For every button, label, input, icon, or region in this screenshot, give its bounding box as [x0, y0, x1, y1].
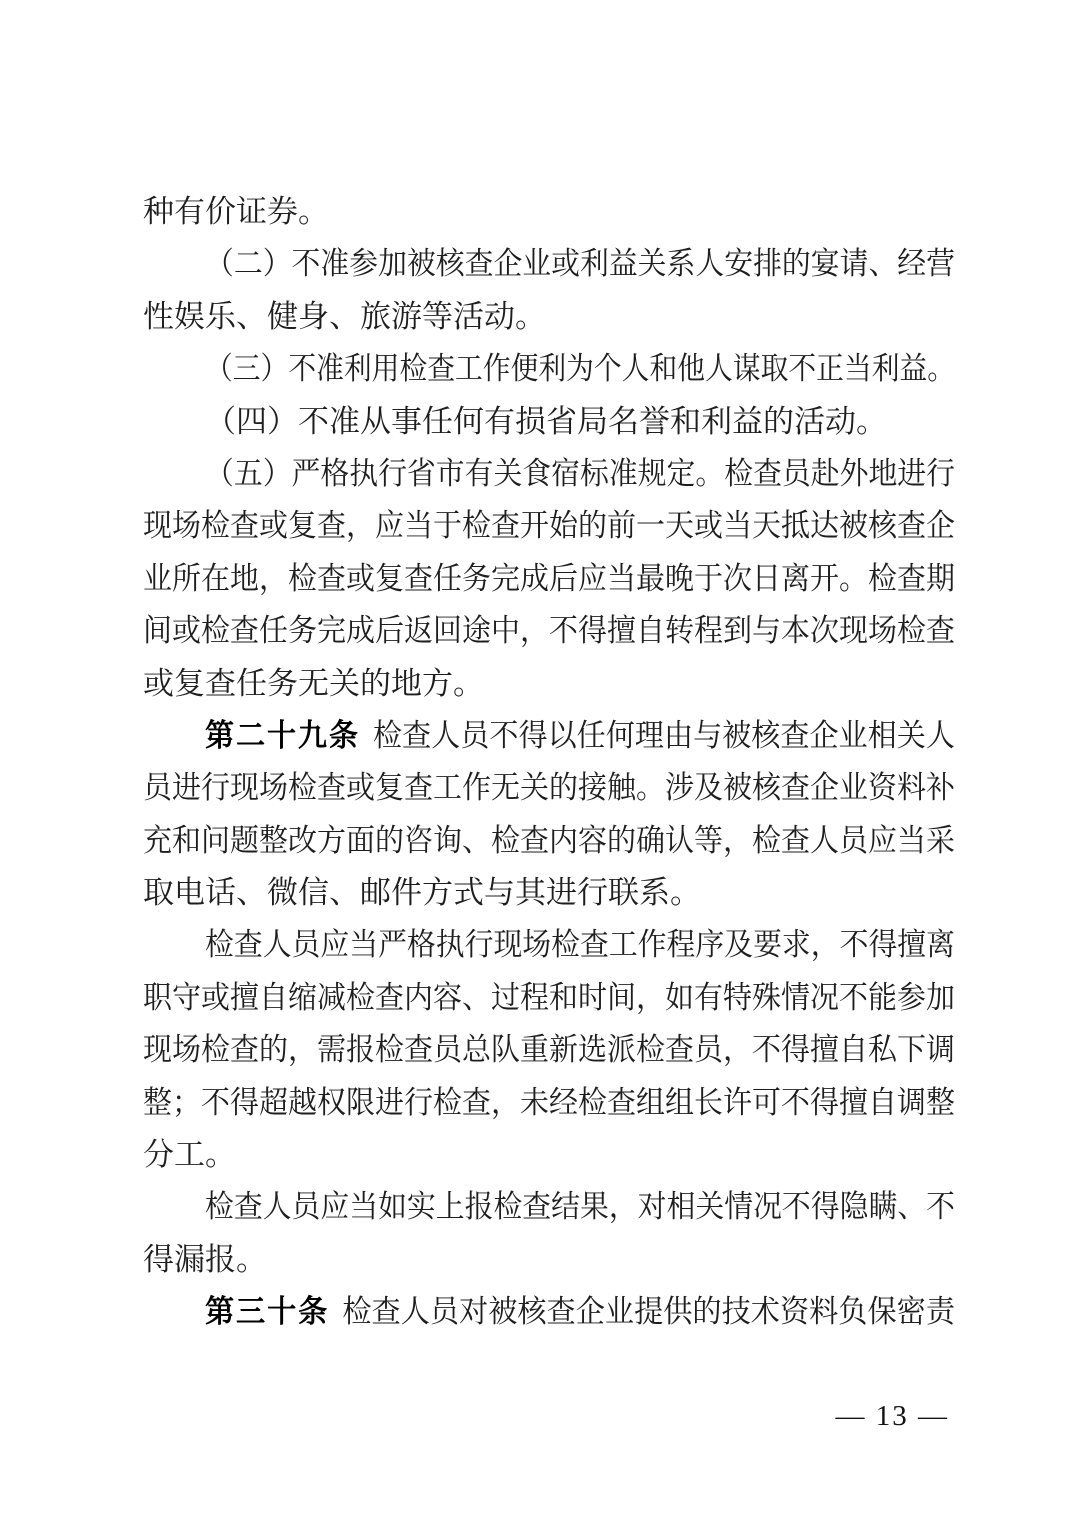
- text-line-content: 得漏报。: [143, 1234, 267, 1286]
- text-line-content: 或复查任务无关的地方。: [143, 658, 484, 710]
- text-line-content: 间或检查任务完成后返回途中，不得擅自转程到与本次现场检查: [143, 605, 955, 657]
- text-line: 性娱乐、健身、旅游等活动。: [143, 291, 955, 343]
- text-line-content: （四）不准从事任何有损省局名誉和利益的活动。: [205, 396, 887, 448]
- text-line: （三）不准利用检查工作便利为个人和他人谋取不正当利益。: [143, 343, 955, 395]
- text-line: 检查人员应当如实上报检查结果，对相关情况不得隐瞒、不: [143, 1181, 955, 1233]
- text-line-content: 分工。: [143, 1129, 236, 1181]
- text-line: 分工。: [143, 1129, 955, 1181]
- text-line-content: 检查人员应当严格执行现场检查工作程序及要求，不得擅离: [205, 919, 955, 971]
- text-line: 员进行现场检查或复查工作无关的接触。涉及被核查企业资料补: [143, 762, 955, 814]
- text-line: 职守或擅自缩减检查内容、过程和时间，如有特殊情况不能参加: [143, 972, 955, 1024]
- text-line-content: 充和问题整改方面的咨询、检查内容的确认等，检查人员应当采: [143, 815, 955, 867]
- text-line-content: （三）不准利用检查工作便利为个人和他人谋取不正当利益。: [205, 343, 955, 395]
- text-line-content: 取电话、微信、邮件方式与其进行联系。: [143, 867, 701, 919]
- text-line: 种有价证券。: [143, 186, 955, 238]
- text-line: （四）不准从事任何有损省局名誉和利益的活动。: [143, 396, 955, 448]
- text-line: 取电话、微信、邮件方式与其进行联系。: [143, 867, 955, 919]
- text-line-content: 职守或擅自缩减检查内容、过程和时间，如有特殊情况不能参加: [143, 972, 955, 1024]
- text-line-content: 检查人员应当如实上报检查结果，对相关情况不得隐瞒、不: [205, 1181, 955, 1233]
- text-line-content: 性娱乐、健身、旅游等活动。: [143, 291, 546, 343]
- page-number: — 13 —: [836, 1396, 950, 1436]
- text-line-content: 现场检查或复查，应当于检查开始的前一天或当天抵达被核查企: [143, 500, 955, 552]
- text-line: 整；不得超越权限进行检查，未经检查组组长许可不得擅自调整: [143, 1077, 955, 1129]
- text-line-content: 整；不得超越权限进行检查，未经检查组组长许可不得擅自调整: [143, 1077, 955, 1129]
- text-line: （二）不准参加被核查企业或利益关系人安排的宴请、经营: [143, 238, 955, 290]
- text-line: 业所在地，检查或复查任务完成后应当最晚于次日离开。检查期: [143, 553, 955, 605]
- document-page: 种有价证券。（二）不准参加被核查企业或利益关系人安排的宴请、经营性娱乐、健身、旅…: [0, 0, 1080, 1527]
- text-line-content: 现场检查的，需报检查员总队重新选派检查员，不得擅自私下调: [143, 1024, 955, 1076]
- text-line: 得漏报。: [143, 1234, 955, 1286]
- text-line: 充和问题整改方面的咨询、检查内容的确认等，检查人员应当采: [143, 815, 955, 867]
- text-line-content: （五）严格执行省市有关食宿标准规定。检查员赴外地进行: [205, 448, 955, 500]
- text-line-content: 业所在地，检查或复查任务完成后应当最晚于次日离开。检查期: [143, 553, 955, 605]
- text-line-content: （二）不准参加被核查企业或利益关系人安排的宴请、经营: [205, 238, 955, 290]
- text-line: 现场检查或复查，应当于检查开始的前一天或当天抵达被核查企: [143, 500, 955, 552]
- text-line: 检查人员应当严格执行现场检查工作程序及要求，不得擅离: [143, 919, 955, 971]
- text-line: 第二十九条检查人员不得以任何理由与被核查企业相关人: [143, 710, 955, 762]
- text-line-content: 第三十条检查人员对被核查企业提供的技术资料负保密责: [205, 1286, 955, 1338]
- text-line: （五）严格执行省市有关食宿标准规定。检查员赴外地进行: [143, 448, 955, 500]
- article-number: 第二十九条: [205, 718, 360, 753]
- text-line: 间或检查任务完成后返回途中，不得擅自转程到与本次现场检查: [143, 605, 955, 657]
- text-line-content: 第二十九条检查人员不得以任何理由与被核查企业相关人: [205, 710, 955, 762]
- text-line-content: 员进行现场检查或复查工作无关的接触。涉及被核查企业资料补: [143, 762, 955, 814]
- document-body: 种有价证券。（二）不准参加被核查企业或利益关系人安排的宴请、经营性娱乐、健身、旅…: [143, 186, 955, 1339]
- text-line: 或复查任务无关的地方。: [143, 658, 955, 710]
- text-line: 第三十条检查人员对被核查企业提供的技术资料负保密责: [143, 1286, 955, 1338]
- text-line: 现场检查的，需报检查员总队重新选派检查员，不得擅自私下调: [143, 1024, 955, 1076]
- text-line-content: 种有价证券。: [143, 186, 329, 238]
- article-number: 第三十条: [205, 1294, 329, 1329]
